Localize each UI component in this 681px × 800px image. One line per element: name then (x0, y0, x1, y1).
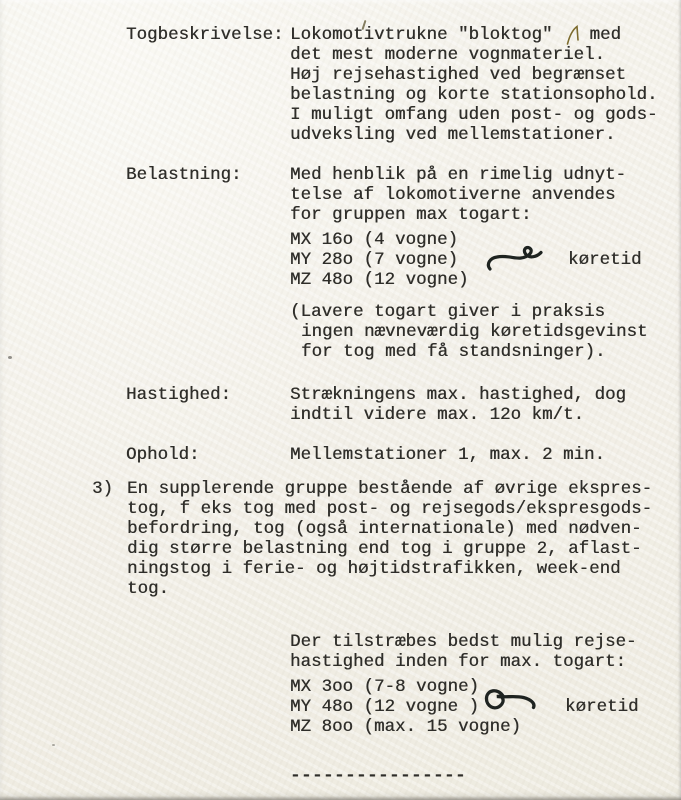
section-hastighed: Strækningens max. hastighed, dog indtil … (290, 385, 626, 425)
section-togbeskrivelse: Lokomotivtrukne "bloktog" med det mest m… (290, 25, 658, 145)
train-type-list-1: MX 16o (4 vogne) MY 28o (7 vogne) MZ 48o… (290, 230, 469, 290)
koeretid-annotation: køretid (568, 250, 642, 270)
document-page: Togbeskrivelse: Lokomotivtrukne "bloktog… (0, 0, 681, 800)
text-line: Lokomotivtrukne "bloktog" med (290, 25, 658, 45)
label-hastighed: Hastighed: (126, 385, 231, 405)
item3-paragraph: En supplerende gruppe bestående af øvrig… (127, 479, 652, 599)
text-line: Høj rejsehastighed ved begrænset (290, 65, 658, 85)
section-belastning: Med henblik på en rimelig udnyt- telse a… (290, 165, 626, 225)
text-line: Strækningens max. hastighed, dog (290, 385, 626, 405)
text-line: ingen nævneværdig køretidsgevinst (290, 322, 648, 342)
label-ophold: Ophold: (126, 445, 200, 465)
text-line: (Lavere togart giver i praksis (290, 302, 648, 322)
text-line: ningstog i ferie- og højtidstrafikken, w… (127, 559, 652, 579)
text-line: Mellemstationer 1, max. 2 min. (290, 445, 605, 465)
scan-edge-shadow (0, 796, 681, 800)
text-line: dig større belastning end tog i gruppe 2… (127, 539, 652, 559)
text-line: belastning og korte stationsophold. (290, 85, 658, 105)
label-belastning: Belastning: (126, 165, 242, 185)
text-line: telse af lokomotiverne anvendes (290, 185, 626, 205)
divider-dashes: ---------------- (290, 766, 466, 786)
text-line: Der tilstræbes bedst mulig rejse- (290, 632, 637, 652)
text-line: tog, f eks tog med post- og rejsegods/ek… (127, 499, 652, 519)
train-type-row: MY 28o (7 vogne) (290, 250, 469, 270)
text-line: for gruppen max togart: (290, 205, 626, 225)
text-fragment: med (590, 25, 622, 45)
paper-speck (8, 356, 12, 359)
text-line: befordring, tog (også internationale) me… (127, 519, 652, 539)
label-togbeskrivelse: Togbeskrivelse: (126, 25, 284, 45)
closing-paragraph: Der tilstræbes bedst mulig rejse- hastig… (290, 632, 637, 672)
train-type-row: MZ 48o (12 vogne) (290, 270, 469, 290)
handwritten-squiggle-icon (482, 687, 546, 717)
text-line: I muligt omfang uden post- og gods- (290, 105, 658, 125)
text-line: det mest moderne vognmateriel. (290, 45, 658, 65)
item3-number: 3) (92, 479, 113, 499)
text-fragment: Lokomotivtrukne "bloktog" (290, 25, 553, 45)
text-line: indtil videre max. 12o km/t. (290, 405, 626, 425)
text-line: for tog med få standsninger). (290, 342, 648, 362)
text-line: En supplerende gruppe bestående af øvrig… (127, 479, 652, 499)
text-line: udveksling ved mellemstationer. (290, 125, 658, 145)
train-type-row: MZ 8oo (max. 15 vogne) (290, 717, 521, 737)
insertion-caret-icon (566, 25, 579, 45)
note-block: (Lavere togart giver i praksis ingen næv… (290, 302, 648, 362)
train-type-row: MX 16o (4 vogne) (290, 230, 469, 250)
paper-speck (52, 744, 55, 746)
handwritten-squiggle-icon (486, 245, 544, 275)
koeretid-annotation: køretid (565, 697, 639, 717)
text-line: Med henblik på en rimelig udnyt- (290, 165, 626, 185)
section-ophold: Mellemstationer 1, max. 2 min. (290, 445, 605, 465)
text-line: hastighed inden for max. togart: (290, 652, 637, 672)
text-line: tog. (127, 579, 652, 599)
